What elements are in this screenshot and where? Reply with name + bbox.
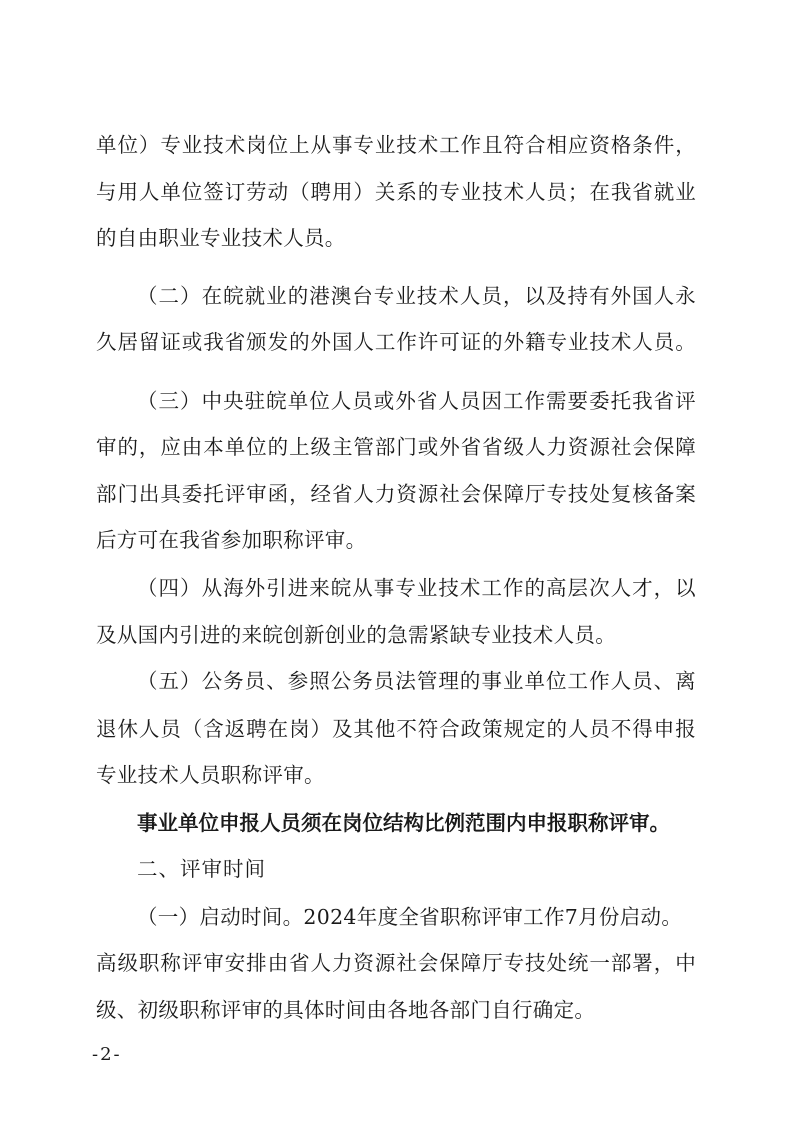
page-number: -2-: [92, 1044, 122, 1065]
document-page: 单位）专业技术岗位上从事专业技术工作且符合相应资格条件， 与用人单位签订劳动（聘…: [0, 0, 793, 1122]
emphasis-statement: 事业单位申报人员须在岗位结构比例范围内申报职称评审。: [137, 809, 696, 837]
paragraph-line: 审的，应由本单位的上级主管部门或外省省级人力资源社会保障: [96, 433, 696, 461]
paragraph-line: 级、初级职称评审的具体时间由各地各部门自行确定。: [96, 996, 696, 1024]
paragraph-line: （五）公务员、参照公务员法管理的事业单位工作人员、离: [137, 667, 696, 695]
paragraph-line: 单位）专业技术岗位上从事专业技术工作且符合相应资格条件，: [96, 131, 696, 159]
paragraph-line-2-1: （一）启动时间。2024年度全省职称评审工作7月份启动。: [137, 903, 696, 931]
paragraph-line: 的自由职业专业技术人员。: [96, 224, 696, 252]
subsection-label: （一）启动时间。: [137, 905, 303, 929]
section-heading: 二、评审时间: [137, 855, 696, 883]
paragraph-line: 退休人员（含返聘在岗）及其他不符合政策规定的人员不得申报: [96, 715, 696, 743]
paragraph-line: 专业技术人员职称评审。: [96, 761, 696, 789]
paragraph-line: （三）中央驻皖单位人员或外省人员因工作需要委托我省评: [137, 387, 696, 415]
paragraph-line: 高级职称评审安排由省人力资源社会保障厅专技处统一部署，中: [96, 949, 696, 977]
paragraph-line: （四）从海外引进来皖从事专业技术工作的高层次人才，以: [137, 574, 696, 602]
paragraph-line: （二）在皖就业的港澳台专业技术人员，以及持有外国人永: [137, 282, 696, 310]
paragraph-line: 久居留证或我省颁发的外国人工作许可证的外籍专业技术人员。: [96, 328, 696, 356]
subsection-text: 2024年度全省职称评审工作7月份启动。: [303, 905, 682, 929]
paragraph-line: 与用人单位签订劳动（聘用）关系的专业技术人员；在我省就业: [96, 178, 696, 206]
paragraph-line: 后方可在我省参加职称评审。: [96, 526, 696, 554]
paragraph-line: 部门出具委托评审函，经省人力资源社会保障厅专技处复核备案: [96, 480, 696, 508]
paragraph-line: 及从国内引进的来皖创新创业的急需紧缺专业技术人员。: [96, 621, 696, 649]
